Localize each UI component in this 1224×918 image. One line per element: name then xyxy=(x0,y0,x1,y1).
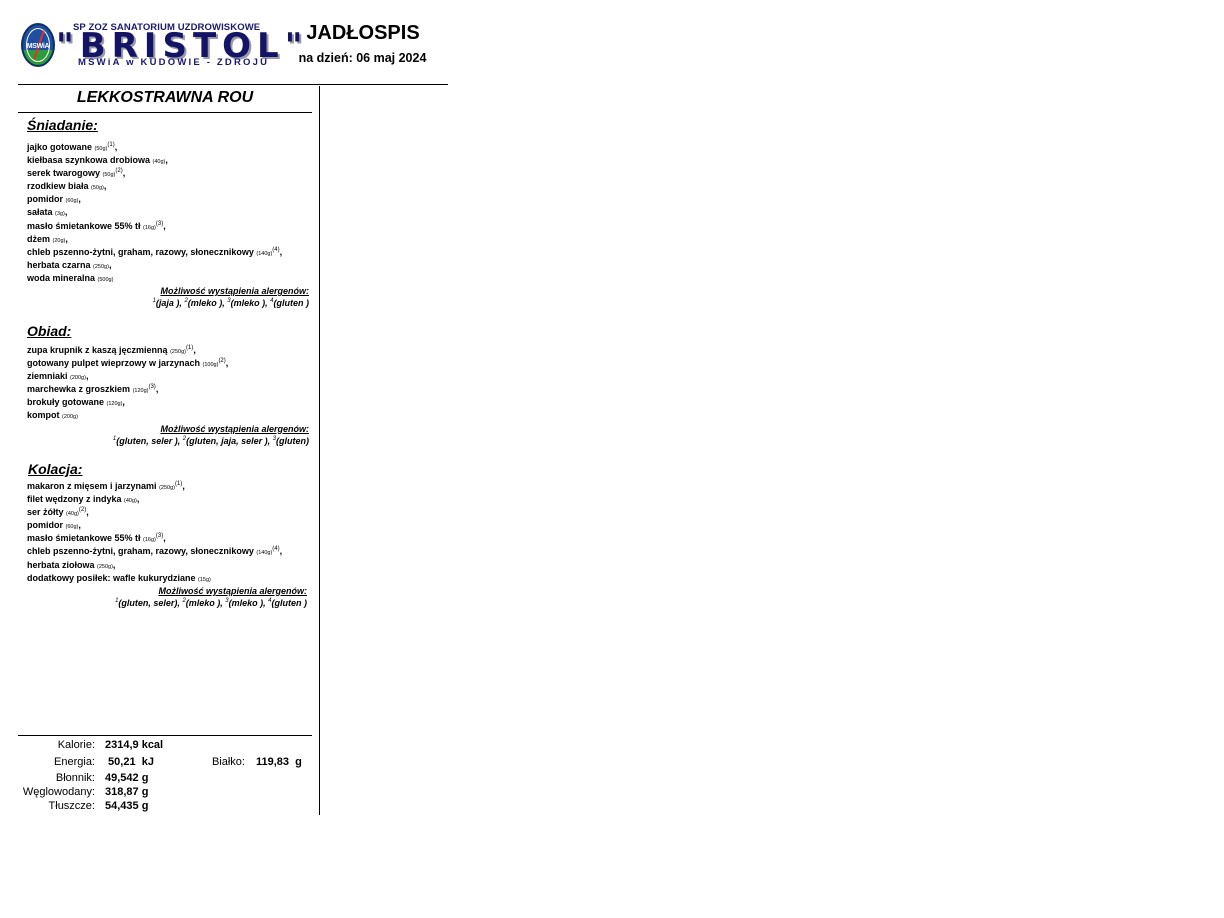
allergen-text: (gluten, jaja, seler ), xyxy=(186,436,273,446)
item-quantity: (250g) xyxy=(93,264,109,270)
item-quantity: (200g) xyxy=(70,375,86,381)
item-quantity: (120g) xyxy=(133,388,149,394)
item-separator: , xyxy=(280,247,283,257)
item-name: zupa krupnik z kaszą jęczmienną xyxy=(27,345,170,355)
item-separator: , xyxy=(86,371,89,381)
item-quantity: (20g) xyxy=(53,238,66,244)
item-name: chleb pszenno-żytni, graham, razowy, sło… xyxy=(27,247,256,257)
item-quantity: (50g) xyxy=(103,172,116,178)
item-name: serek twarogowy xyxy=(27,168,103,178)
allergen-ref: (3) xyxy=(148,384,155,390)
item-name: gotowany pulpet wieprzowy w jarzynach xyxy=(27,358,203,368)
bialko-label: Białko: xyxy=(165,755,245,770)
item-separator: , xyxy=(226,358,229,368)
nutrition-rule xyxy=(18,735,312,736)
tluszcze-label: Tłuszcze: xyxy=(15,799,95,814)
item-separator: , xyxy=(163,221,166,231)
item-name: pomidor xyxy=(27,194,66,204)
allergen-list: 1(gluten, seler ), 2(gluten, jaja, seler… xyxy=(27,436,309,447)
mswia-logo-icon: MSWiA xyxy=(21,23,55,67)
kalorie-value: 2314,9 kcal xyxy=(105,738,163,753)
item-quantity: (250g) xyxy=(97,564,113,570)
item-separator: , xyxy=(104,181,107,191)
item-name: ziemniaki xyxy=(27,371,70,381)
item-separator: , xyxy=(156,384,159,394)
allergen-text: (mleko ), xyxy=(188,298,228,308)
item-name: woda mineralna xyxy=(27,273,98,283)
item-name: chleb pszenno-żytni, graham, razowy, sło… xyxy=(27,546,256,556)
item-separator: , xyxy=(65,207,68,217)
item-quantity: (60g) xyxy=(66,524,79,530)
meal-item: kiełbasa szynkowa drobiowa (40g), xyxy=(27,155,309,168)
allergen-heading: Możliwość wystąpienia alergenów: xyxy=(27,286,309,297)
item-name: masło śmietankowe 55% tł xyxy=(27,533,143,543)
meal-item: rzodkiew biała (50g), xyxy=(27,181,309,194)
allergen-text: (gluten) xyxy=(276,436,309,446)
item-quantity: (250g) xyxy=(170,349,186,355)
meal-item: woda mineralna (500g) xyxy=(27,273,309,286)
item-quantity: (120g) xyxy=(107,401,123,407)
meal-item: marchewka z groszkiem (120g)(3), xyxy=(27,384,309,397)
item-separator: , xyxy=(193,345,196,355)
allergen-text: (gluten ) xyxy=(272,598,308,608)
meal-item: kompot (200g) xyxy=(27,410,309,423)
meal-item: filet wędzony z indyka (40g), xyxy=(27,494,307,507)
allergen-heading: Możliwość wystąpienia alergenów: xyxy=(27,424,309,435)
diet-title-rule xyxy=(18,112,312,113)
meal-heading-kolacja: Kolacja: xyxy=(28,461,82,477)
item-name: filet wędzony z indyka xyxy=(27,494,124,504)
kalorie-label: Kalorie: xyxy=(15,738,95,753)
meal-items-obiad: zupa krupnik z kaszą jęczmienną (250g)(1… xyxy=(27,345,309,447)
meal-item: chleb pszenno-żytni, graham, razowy, sło… xyxy=(27,546,307,559)
meal-heading-obiad: Obiad: xyxy=(27,323,71,339)
meal-item: herbata ziołowa (250g), xyxy=(27,560,307,573)
item-name: herbata ziołowa xyxy=(27,560,97,570)
item-name: kompot xyxy=(27,410,62,420)
meal-item: gotowany pulpet wieprzowy w jarzynach (1… xyxy=(27,358,309,371)
item-separator: , xyxy=(78,194,81,204)
meal-item: ziemniaki (200g), xyxy=(27,371,309,384)
allergen-ref: (4) xyxy=(272,247,279,253)
weglowodany-value: 318,87 g xyxy=(105,785,148,800)
allergen-list: 1(gluten, seler), 2(mleko ), 3(mleko ), … xyxy=(27,598,307,609)
item-quantity: (60g) xyxy=(66,198,79,204)
item-quantity: (16g) xyxy=(143,537,156,543)
item-separator: , xyxy=(280,546,283,556)
item-quantity: (3g) xyxy=(55,211,65,217)
item-separator: , xyxy=(115,142,118,152)
allergen-ref: (2) xyxy=(218,358,225,364)
diet-name: LEKKOSTRAWNA ROU xyxy=(18,89,312,107)
weglowodany-label: Węglowodany: xyxy=(5,785,95,800)
tluszcze-value: 54,435 g xyxy=(105,799,148,814)
allergen-list: 1(jaja ), 2(mleko ), 3(mleko ), 4(gluten… xyxy=(27,298,309,309)
item-name: dodatkowy posiłek: wafle kukurydziane xyxy=(27,573,198,583)
meal-items-kolacja: makaron z mięsem i jarzynami (250g)(1),f… xyxy=(27,481,307,609)
column-divider xyxy=(319,86,320,815)
meal-item: sałata (3g), xyxy=(27,207,309,220)
item-separator: , xyxy=(163,533,166,543)
blonnik-value: 49,542 g xyxy=(105,771,148,786)
meal-item: pomidor (60g), xyxy=(27,194,309,207)
item-separator: , xyxy=(86,507,89,517)
meal-item: zupa krupnik z kaszą jęczmienną (250g)(1… xyxy=(27,345,309,358)
meal-item: pomidor (60g), xyxy=(27,520,307,533)
item-name: masło śmietankowe 55% tł xyxy=(27,221,143,231)
item-quantity: (16g) xyxy=(143,225,156,231)
item-name: herbata czarna xyxy=(27,260,93,270)
energia-value: 50,21 kJ xyxy=(105,755,154,770)
item-quantity: (40g) xyxy=(124,498,137,504)
item-quantity: (50g) xyxy=(91,185,104,191)
nutrition-summary: Kalorie: 2314,9 kcal Energia: 50,21 kJ B… xyxy=(0,738,320,818)
item-quantity: (140g) xyxy=(256,550,272,556)
allergen-text: (gluten, seler), xyxy=(118,598,182,608)
item-name: sałata xyxy=(27,207,55,217)
allergen-text: (mleko ), xyxy=(186,598,226,608)
item-quantity: (250g) xyxy=(159,485,175,491)
allergen-ref: (2) xyxy=(115,168,122,174)
item-name: rzodkiew biała xyxy=(27,181,91,191)
item-name: jajko gotowane xyxy=(27,142,95,152)
blonnik-label: Błonnik: xyxy=(15,771,95,786)
meal-item: brokuły gotowane (120g), xyxy=(27,397,309,410)
allergen-text: (gluten ) xyxy=(274,298,310,308)
meal-item: jajko gotowane (50g)(1), xyxy=(27,142,309,155)
item-separator: , xyxy=(165,155,168,165)
meal-heading-sniadanie: Śniadanie: xyxy=(27,117,98,133)
item-quantity: (40g) xyxy=(66,511,79,517)
meal-item: chleb pszenno-żytni, graham, razowy, sło… xyxy=(27,247,309,260)
menu-date: na dzień: 06 maj 2024 xyxy=(285,51,440,65)
allergen-text: (mleko ), xyxy=(231,298,271,308)
logo-text: MSWiA xyxy=(23,43,53,50)
page-title: JADŁOSPIS xyxy=(293,22,433,45)
item-quantity: (100g) xyxy=(203,362,219,368)
meal-item: dżem (20g), xyxy=(27,234,309,247)
item-quantity: (15g) xyxy=(198,577,211,583)
item-quantity: (140g) xyxy=(256,251,272,257)
item-quantity: (500g) xyxy=(98,277,114,283)
item-name: dżem xyxy=(27,234,53,244)
item-name: pomidor xyxy=(27,520,66,530)
item-separator: , xyxy=(122,397,125,407)
item-separator: , xyxy=(123,168,126,178)
item-separator: , xyxy=(182,481,185,491)
item-name: makaron z mięsem i jarzynami xyxy=(27,481,159,491)
meal-item: masło śmietankowe 55% tł (16g)(3), xyxy=(27,533,307,546)
item-separator: , xyxy=(113,560,116,570)
item-separator: , xyxy=(109,260,112,270)
item-quantity: (40g) xyxy=(153,159,166,165)
energia-label: Energia: xyxy=(15,755,95,770)
item-separator: , xyxy=(78,520,81,530)
item-quantity: (200g) xyxy=(62,414,78,420)
allergen-text: (mleko ), xyxy=(229,598,269,608)
allergen-text: (gluten, seler ), xyxy=(116,436,183,446)
allergen-heading: Możliwość wystąpienia alergenów: xyxy=(27,586,307,597)
meal-item: herbata czarna (250g), xyxy=(27,260,309,273)
meal-item: dodatkowy posiłek: wafle kukurydziane (1… xyxy=(27,573,307,586)
item-name: ser żółty xyxy=(27,507,66,517)
allergen-ref: (4) xyxy=(272,546,279,552)
item-name: brokuły gotowane xyxy=(27,397,107,407)
meal-items-sniadanie: jajko gotowane (50g)(1),kiełbasa szynkow… xyxy=(27,142,309,309)
item-name: marchewka z groszkiem xyxy=(27,384,133,394)
item-name: kiełbasa szynkowa drobiowa xyxy=(27,155,153,165)
meal-item: serek twarogowy (50g)(2), xyxy=(27,168,309,181)
allergen-ref: (1) xyxy=(107,142,114,148)
meal-item: ser żółty (40g)(2), xyxy=(27,507,307,520)
item-quantity: (50g) xyxy=(95,146,108,152)
org-name-bottom: MSWiA w KUDOWIE - ZDROJU xyxy=(78,57,269,68)
allergen-text: (jaja ), xyxy=(156,298,185,308)
item-separator: , xyxy=(65,234,68,244)
top-rule xyxy=(18,84,448,85)
bialko-value: 119,83 g xyxy=(256,755,302,770)
item-separator: , xyxy=(137,494,140,504)
meal-item: masło śmietankowe 55% tł (16g)(3), xyxy=(27,221,309,234)
meal-item: makaron z mięsem i jarzynami (250g)(1), xyxy=(27,481,307,494)
